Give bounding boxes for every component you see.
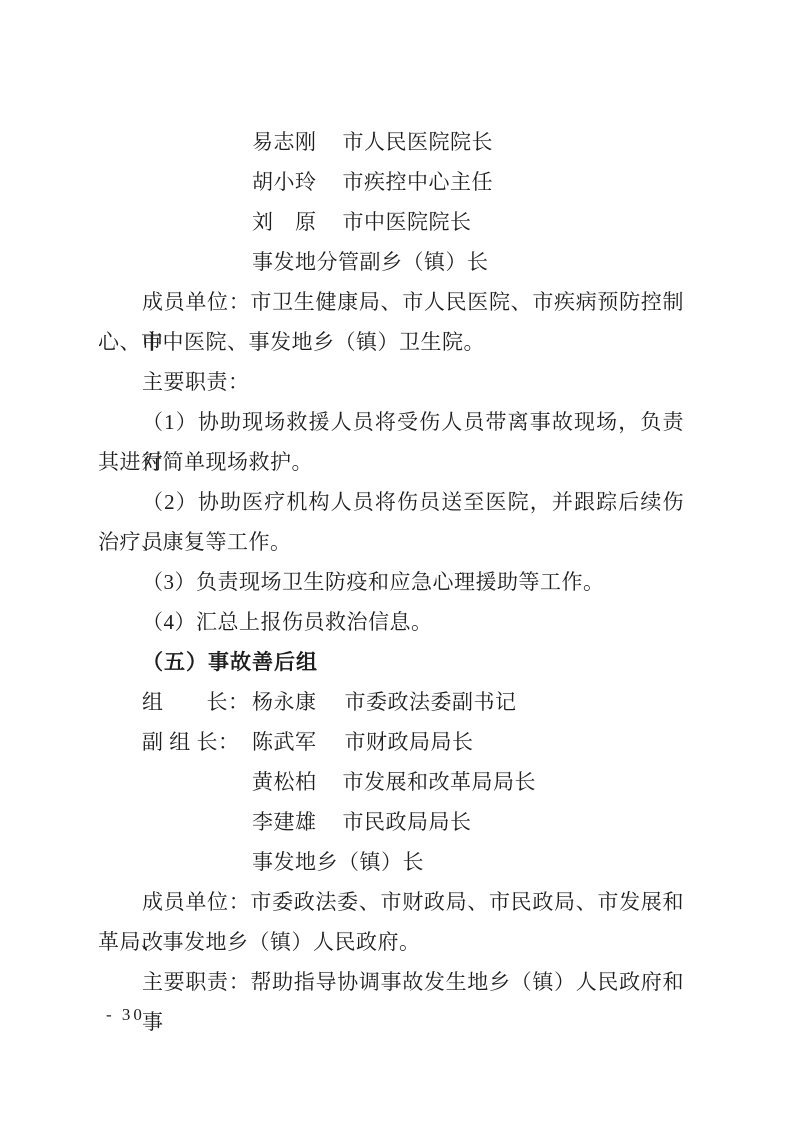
paragraph-line: 治疗、康复等工作。 (98, 522, 688, 562)
paragraph-line: 主要职责：帮助指导协调事故发生地乡（镇）人民政府和事 (98, 962, 684, 1002)
official-title: 事发地分管副乡（镇）长 (252, 250, 489, 274)
paragraph-line: （2）协助医疗机构人员将伤员送至医院，并跟踪后续伤员 (98, 482, 684, 522)
paragraph-line: 心、市中医院、事发地乡（镇）卫生院。 (98, 322, 688, 362)
official-name: 杨永康 (252, 690, 317, 714)
paragraph-line: （4）汇总上报伤员救治信息。 (98, 602, 688, 642)
official-title: 市委政法委副书记 (345, 690, 517, 714)
official-title: 事发地乡（镇）长 (252, 850, 424, 874)
paragraph-line: 成员单位：市卫生健康局、市人民医院、市疾病预防控制中 (98, 282, 684, 322)
official-line: 黄松柏市发展和改革局局长 (98, 762, 688, 802)
official-name: 易志刚 (252, 130, 317, 154)
official-title: 市疾控中心主任 (343, 170, 494, 194)
document-page: 易志刚市人民医院院长 胡小玲市疾控中心主任 刘 原市中医院院长 事发地分管副乡（… (0, 0, 793, 1122)
official-name: 胡小玲 (252, 170, 317, 194)
official-name: 刘 原 (252, 210, 317, 234)
official-line: 李建雄市民政局局长 (98, 802, 688, 842)
official-line: 事发地分管副乡（镇）长 (98, 242, 688, 282)
official-title: 市财政局局长 (345, 730, 474, 754)
role-label: 副 组 长： (142, 722, 252, 762)
official-name: 黄松柏 (252, 770, 317, 794)
page-number: - 30 - (106, 998, 161, 1032)
paragraph-line: 主要职责： (98, 362, 688, 402)
official-name: 陈武军 (252, 730, 317, 754)
section-heading: （五）事故善后组 (98, 642, 688, 682)
paragraph-line: 成员单位：市委政法委、市财政局、市民政局、市发展和改 (98, 882, 684, 922)
official-line: 刘 原市中医院院长 (98, 202, 688, 242)
official-line: 胡小玲市疾控中心主任 (98, 162, 688, 202)
role-line: 副 组 长：陈武军市财政局局长 (98, 722, 688, 762)
official-line: 事发地乡（镇）长 (98, 842, 688, 882)
official-name: 李建雄 (252, 810, 317, 834)
official-line: 易志刚市人民医院院长 (98, 122, 688, 162)
official-title: 市人民医院院长 (343, 130, 494, 154)
document-body: 易志刚市人民医院院长 胡小玲市疾控中心主任 刘 原市中医院院长 事发地分管副乡（… (98, 122, 688, 1002)
paragraph-line: （1）协助现场救援人员将受伤人员带离事故现场，负责对 (98, 402, 684, 442)
official-title: 市发展和改革局局长 (343, 770, 537, 794)
paragraph-line: 革局、事发地乡（镇）人民政府。 (98, 922, 688, 962)
role-label: 组 长： (142, 682, 252, 722)
official-title: 市民政局局长 (343, 810, 472, 834)
official-title: 市中医院院长 (343, 210, 472, 234)
paragraph-line: （3）负责现场卫生防疫和应急心理援助等工作。 (98, 562, 688, 602)
paragraph-line: 其进行简单现场救护。 (98, 442, 688, 482)
role-line: 组 长：杨永康市委政法委副书记 (98, 682, 688, 722)
